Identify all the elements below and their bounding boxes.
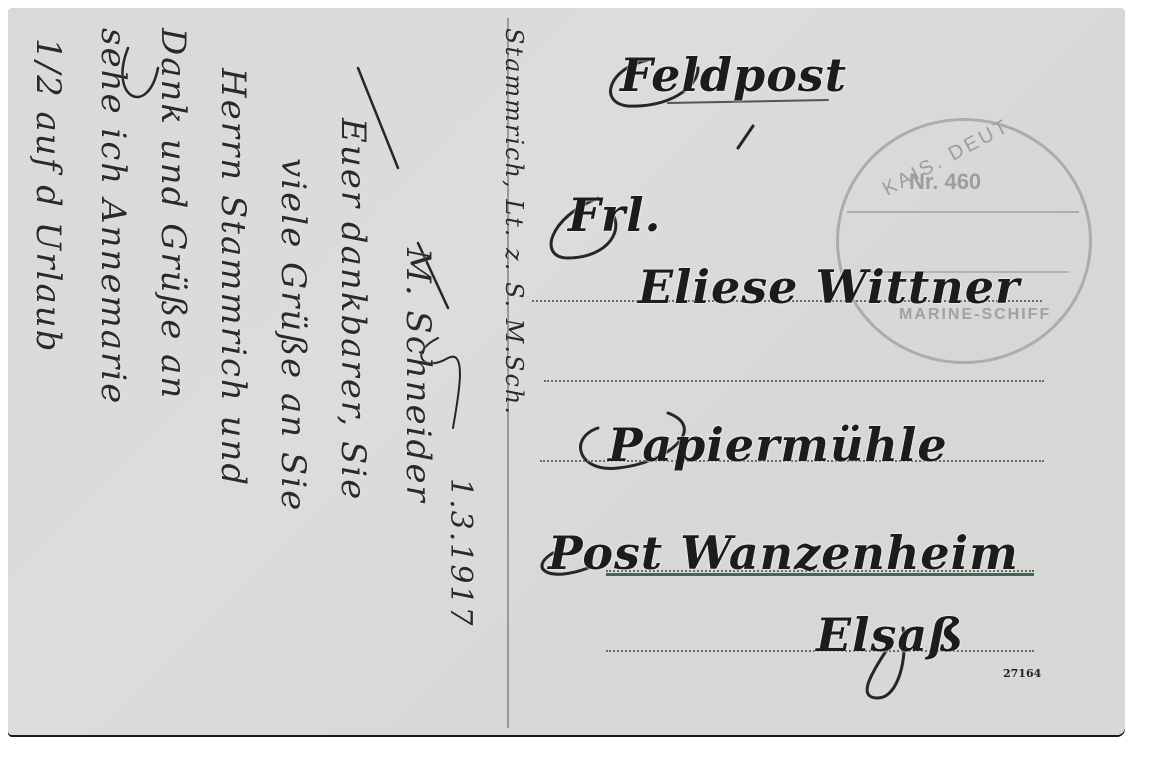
print-number: 27164 (1003, 667, 1041, 680)
message-line-5: viele Grüße an Sie (273, 158, 313, 512)
postmark-number: Nr. 460 (909, 169, 981, 195)
message-line-6: Euer dankbarer, Sie (333, 118, 373, 501)
message-date: 1.3.1917 (443, 478, 478, 628)
sender-line: Stammrich, Lt. z. S. M.Sch. (500, 28, 528, 416)
feldpost-header: Feldpost (620, 48, 847, 102)
message-line-1: 1/2 auf d Urlaub (28, 38, 68, 353)
recipient-town: Post Wanzenheim (548, 526, 1019, 580)
recipient-name: Eliese Wittner (638, 260, 1020, 314)
recipient-title: Frl. (568, 188, 662, 242)
postmark-bar (847, 211, 1079, 213)
recipient-region: Elsaß (816, 608, 964, 662)
message-line-3: Dank und Grüße an (153, 28, 193, 400)
address-line-2 (544, 380, 1044, 382)
postcard: KAIS. DEUT. Nr. 460 MARINE-SCHIFF Feldpo… (8, 8, 1125, 735)
message-line-4: Herrn Stammrich und (213, 68, 253, 487)
recipient-street: Papiermühle (608, 418, 948, 472)
message-signature: M. Schneider (398, 248, 438, 504)
postmark-stamp: KAIS. DEUT. Nr. 460 MARINE-SCHIFF (836, 118, 1092, 364)
message-line-2: sehe ich Annemarie (93, 28, 133, 405)
